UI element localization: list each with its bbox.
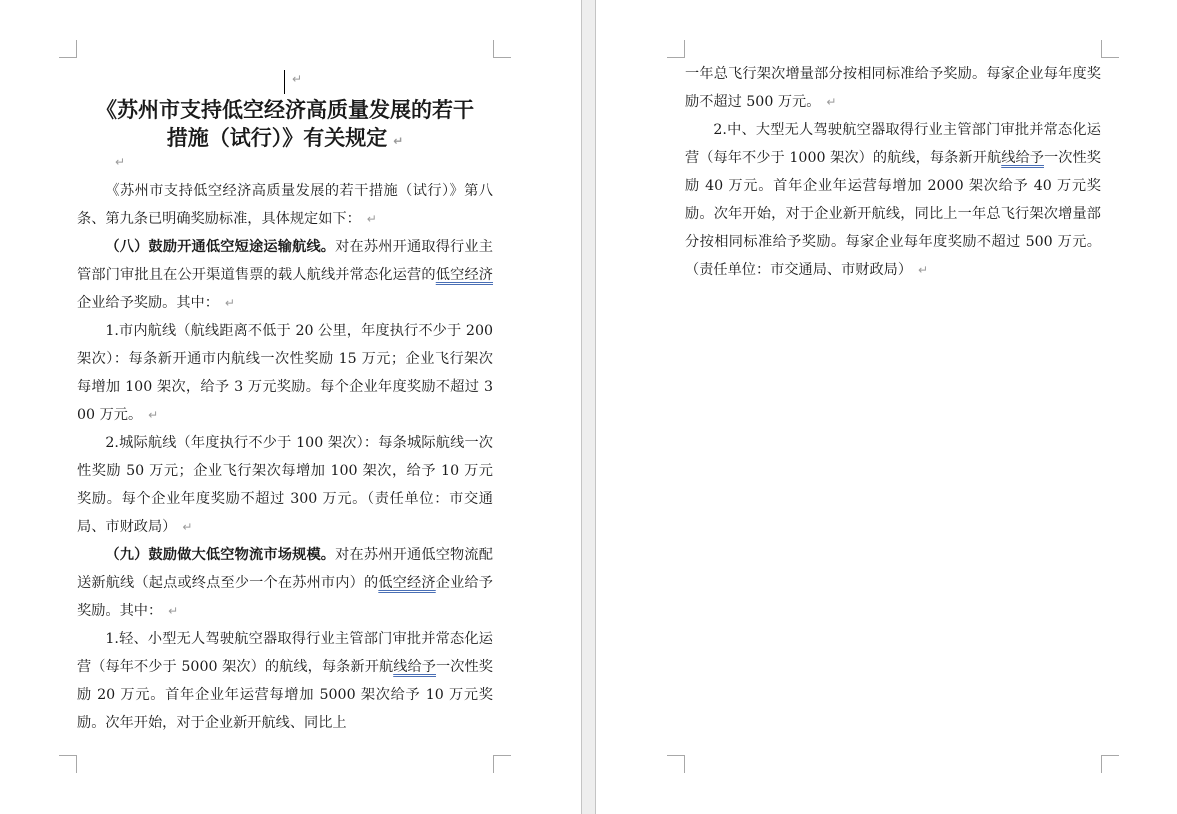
section-9-item-1: 1.轻、小型无人驾驶航空器取得行业主管部门审批并常态化运营（每年不少于 5000…	[77, 625, 493, 737]
section-8-paragraph: （八）鼓励开通低空短途运输航线。对在苏州开通取得行业主管部门审批且在公开渠道售票…	[77, 233, 493, 317]
text-cursor	[284, 70, 285, 94]
paragraph-mark-icon: ↵	[225, 296, 235, 310]
page-separator	[581, 0, 596, 814]
empty-paragraph[interactable]: ↵	[77, 68, 493, 96]
continued-paragraph: 一年总飞行架次增量部分按相同标准给予奖励。每家企业每年度奖励不超过 500 万元…	[685, 60, 1101, 116]
margin-corner-bottom-right	[493, 755, 511, 773]
margin-corner-bottom-right	[1101, 755, 1119, 773]
margin-corner-top-right	[493, 40, 511, 58]
item-text: 2.城际航线（年度执行不少于 100 架次）：每条城际航线一次性奖励 50 万元…	[77, 435, 493, 535]
paragraph-mark-icon: ↵	[826, 95, 836, 109]
margin-corner-top-left	[59, 40, 77, 58]
paragraph-mark-icon: ↵	[182, 520, 192, 534]
section-8-heading: （八）鼓励开通低空短途运输航线。	[105, 239, 335, 255]
margin-corner-bottom-left	[667, 755, 685, 773]
section-9-paragraph: （九）鼓励做大低空物流市场规模。对在苏州开通低空物流配送新航线（起点或终点至少一…	[77, 541, 493, 625]
section-8-item-1: 1.市内航线（航线距离不低于 20 公里，年度执行不少于 200 架次）：每条新…	[77, 317, 493, 429]
grammar-flag[interactable]: 低空经济	[378, 575, 435, 591]
paragraph-mark-icon: ↵	[367, 212, 377, 226]
paragraph-mark-icon: ↵	[168, 604, 178, 618]
grammar-flag[interactable]: 低空经济	[436, 267, 493, 283]
document-title: 《苏州市支持低空经济高质量发展的若干 措施（试行）》有关规定↵	[77, 96, 493, 155]
paragraph-mark-icon: ↵	[918, 263, 928, 277]
section-8-item-2: 2.城际航线（年度执行不少于 100 架次）：每条城际航线一次性奖励 50 万元…	[77, 429, 493, 541]
grammar-flag[interactable]: 线给予	[1001, 150, 1044, 166]
grammar-flag[interactable]: 线给予	[393, 659, 436, 675]
paragraph-mark-icon: ↵	[393, 134, 403, 148]
margin-corner-bottom-left	[59, 755, 77, 773]
item-text: 1.市内航线（航线距离不低于 20 公里，年度执行不少于 200 架次）：每条新…	[77, 323, 493, 423]
paragraph-mark-icon: ↵	[115, 155, 125, 169]
paragraph-mark-icon: ↵	[292, 72, 302, 86]
paragraph-mark-icon: ↵	[148, 408, 158, 422]
document-page-2[interactable]: 一年总飞行架次增量部分按相同标准给予奖励。每家企业每年度奖励不超过 500 万元…	[596, 0, 1177, 814]
title-line-1: 《苏州市支持低空经济高质量发展的若干	[96, 98, 474, 122]
empty-paragraph[interactable]: ↵	[77, 155, 493, 177]
margin-corner-top-right	[1101, 40, 1119, 58]
section-8-body-end: 企业给予奖励。其中：	[77, 295, 219, 311]
section-9-item-2: 2.中、大型无人驾驶航空器取得行业主管部门审批并常态化运营（每年不少于 1000…	[685, 116, 1101, 284]
item-text-end: 一次性奖励 40 万元。首年企业年运营每增加 2000 架次给予 40 万元奖励…	[685, 150, 1101, 278]
margin-corner-top-left	[667, 40, 685, 58]
title-line-2: 措施（试行）》有关规定	[167, 126, 388, 150]
section-9-heading: （九）鼓励做大低空物流市场规模。	[105, 547, 335, 563]
item-text: 一年总飞行架次增量部分按相同标准给予奖励。每家企业每年度奖励不超过 500 万元…	[685, 66, 1101, 110]
document-page-1[interactable]: ↵ 《苏州市支持低空经济高质量发展的若干 措施（试行）》有关规定↵ ↵ 《苏州市…	[0, 0, 581, 814]
intro-text: 《苏州市支持低空经济高质量发展的若干措施（试行）》第八条、第九条已明确奖励标准，…	[77, 183, 493, 227]
page-1-body[interactable]: ↵ 《苏州市支持低空经济高质量发展的若干 措施（试行）》有关规定↵ ↵ 《苏州市…	[77, 68, 493, 737]
page-2-body[interactable]: 一年总飞行架次增量部分按相同标准给予奖励。每家企业每年度奖励不超过 500 万元…	[685, 60, 1101, 284]
intro-paragraph: 《苏州市支持低空经济高质量发展的若干措施（试行）》第八条、第九条已明确奖励标准，…	[77, 177, 493, 233]
